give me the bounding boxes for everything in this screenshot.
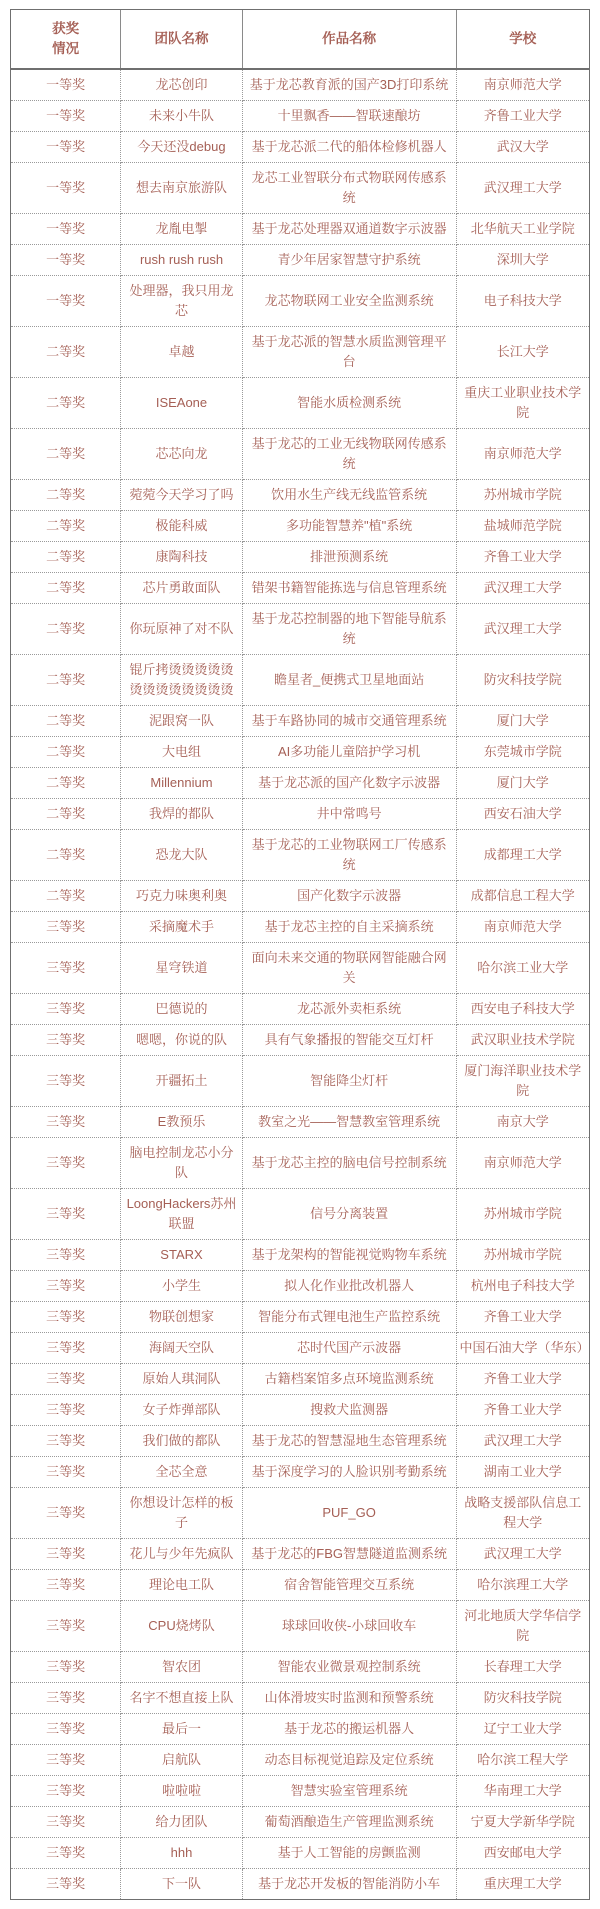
team-cell: 花儿与少年先疯队 xyxy=(121,1539,242,1570)
table-row: 三等奖STARX基于龙架构的智能视觉购物车系统苏州城市学院 xyxy=(11,1240,589,1271)
award-cell: 三等奖 xyxy=(11,1683,121,1714)
work-cell: 宿舍智能管理交互系统 xyxy=(242,1570,456,1601)
school-cell: 厦门大学 xyxy=(456,768,589,799)
school-cell: 电子科技大学 xyxy=(456,276,589,327)
award-cell: 二等奖 xyxy=(11,511,121,542)
award-cell: 二等奖 xyxy=(11,799,121,830)
work-cell: 古籍档案馆多点环境监测系统 xyxy=(242,1364,456,1395)
work-cell: 球球回收侠-小球回收车 xyxy=(242,1601,456,1652)
school-cell: 中国石油大学（华东） xyxy=(456,1333,589,1364)
school-cell: 齐鲁工业大学 xyxy=(456,542,589,573)
table-row: 三等奖CPU烧烤队球球回收侠-小球回收车河北地质大学华信学院 xyxy=(11,1601,589,1652)
award-cell: 二等奖 xyxy=(11,573,121,604)
school-cell: 齐鲁工业大学 xyxy=(456,101,589,132)
school-cell: 辽宁工业大学 xyxy=(456,1714,589,1745)
awards-table-frame: 获奖 情况 团队名称 作品名称 学校 一等奖龙芯创印基于龙芯教育派的国产3D打印… xyxy=(10,9,590,1900)
table-body: 一等奖龙芯创印基于龙芯教育派的国产3D打印系统南京师范大学一等奖未来小牛队十里飘… xyxy=(11,69,589,1899)
table-row: 三等奖智农团智能农业微景观控制系统长春理工大学 xyxy=(11,1652,589,1683)
table-row: 三等奖脑电控制龙芯小分队基于龙芯主控的脑电信号控制系统南京师范大学 xyxy=(11,1138,589,1189)
team-cell: 给力团队 xyxy=(121,1807,242,1838)
team-cell: 嗯嗯，你说的队 xyxy=(121,1025,242,1056)
team-cell: 你玩原神了对不队 xyxy=(121,604,242,655)
team-cell: 芯芯向龙 xyxy=(121,429,242,480)
team-cell: rush rush rush xyxy=(121,245,242,276)
work-cell: 搜救犬监测器 xyxy=(242,1395,456,1426)
award-cell: 三等奖 xyxy=(11,1395,121,1426)
team-cell: STARX xyxy=(121,1240,242,1271)
team-cell: 恐龙大队 xyxy=(121,830,242,881)
award-cell: 二等奖 xyxy=(11,378,121,429)
table-row: 一等奖龙芯创印基于龙芯教育派的国产3D打印系统南京师范大学 xyxy=(11,69,589,101)
award-cell: 三等奖 xyxy=(11,1601,121,1652)
table-row: 三等奖名字不想直接上队山体滑坡实时监测和预警系统防灾科技学院 xyxy=(11,1683,589,1714)
team-cell: 菀菀今天学习了吗 xyxy=(121,480,242,511)
table-row: 一等奖rush rush rush青少年居家智慧守护系统深圳大学 xyxy=(11,245,589,276)
work-cell: 基于龙芯的工业物联网工厂传感系统 xyxy=(242,830,456,881)
team-cell: 名字不想直接上队 xyxy=(121,1683,242,1714)
table-row: 二等奖极能科威多功能智慧养"植"系统盐城师范学院 xyxy=(11,511,589,542)
table-row: 二等奖菀菀今天学习了吗饮用水生产线无线监管系统苏州城市学院 xyxy=(11,480,589,511)
table-row: 三等奖物联创想家智能分布式锂电池生产监控系统齐鲁工业大学 xyxy=(11,1302,589,1333)
header-row: 获奖 情况 团队名称 作品名称 学校 xyxy=(11,10,589,69)
table-row: 二等奖泥跟窝一队基于车路协同的城市交通管理系统厦门大学 xyxy=(11,706,589,737)
award-cell: 三等奖 xyxy=(11,1807,121,1838)
table-row: 三等奖hhh基于人工智能的房颤监测西安邮电大学 xyxy=(11,1838,589,1869)
school-cell: 成都理工大学 xyxy=(456,830,589,881)
header-team-name: 团队名称 xyxy=(121,10,242,69)
work-cell: 基于龙芯主控的脑电信号控制系统 xyxy=(242,1138,456,1189)
team-cell: CPU烧烤队 xyxy=(121,1601,242,1652)
team-cell: Millennium xyxy=(121,768,242,799)
award-cell: 二等奖 xyxy=(11,327,121,378)
school-cell: 重庆理工大学 xyxy=(456,1869,589,1900)
table-row: 一等奖龙胤电掣基于龙芯处理器双通道数字示波器北华航天工业学院 xyxy=(11,214,589,245)
table-row: 三等奖啦啦啦智慧实验室管理系统华南理工大学 xyxy=(11,1776,589,1807)
team-cell: hhh xyxy=(121,1838,242,1869)
table-row: 三等奖嗯嗯，你说的队具有气象播报的智能交互灯杆武汉职业技术学院 xyxy=(11,1025,589,1056)
award-cell: 一等奖 xyxy=(11,163,121,214)
table-row: 二等奖大电组AI多功能儿童陪护学习机东莞城市学院 xyxy=(11,737,589,768)
award-cell: 二等奖 xyxy=(11,480,121,511)
award-cell: 二等奖 xyxy=(11,655,121,706)
school-cell: 武汉理工大学 xyxy=(456,1539,589,1570)
work-cell: 动态目标视觉追踪及定位系统 xyxy=(242,1745,456,1776)
award-cell: 三等奖 xyxy=(11,1025,121,1056)
award-cell: 二等奖 xyxy=(11,604,121,655)
work-cell: PUF_GO xyxy=(242,1488,456,1539)
team-cell: 开疆拓土 xyxy=(121,1056,242,1107)
work-cell: 青少年居家智慧守护系统 xyxy=(242,245,456,276)
team-cell: 龙芯创印 xyxy=(121,69,242,101)
award-cell: 三等奖 xyxy=(11,1271,121,1302)
table-row: 一等奖未来小牛队十里飘香——智联速酿坊齐鲁工业大学 xyxy=(11,101,589,132)
team-cell: 智农团 xyxy=(121,1652,242,1683)
page: 获奖 情况 团队名称 作品名称 学校 一等奖龙芯创印基于龙芯教育派的国产3D打印… xyxy=(0,0,600,1909)
award-cell: 三等奖 xyxy=(11,1364,121,1395)
table-row: 三等奖开疆拓土智能降尘灯杆厦门海洋职业技术学院 xyxy=(11,1056,589,1107)
award-cell: 二等奖 xyxy=(11,542,121,573)
award-cell: 二等奖 xyxy=(11,706,121,737)
table-row: 三等奖女子炸弹部队搜救犬监测器齐鲁工业大学 xyxy=(11,1395,589,1426)
award-cell: 三等奖 xyxy=(11,1488,121,1539)
school-cell: 哈尔滨工业大学 xyxy=(456,943,589,994)
school-cell: 齐鲁工业大学 xyxy=(456,1364,589,1395)
award-cell: 三等奖 xyxy=(11,912,121,943)
work-cell: 井中常鸣号 xyxy=(242,799,456,830)
school-cell: 盐城师范学院 xyxy=(456,511,589,542)
work-cell: 饮用水生产线无线监管系统 xyxy=(242,480,456,511)
table-row: 二等奖巧克力味奥利奥国产化数字示波器成都信息工程大学 xyxy=(11,881,589,912)
team-cell: ISEAone xyxy=(121,378,242,429)
school-cell: 杭州电子科技大学 xyxy=(456,1271,589,1302)
work-cell: 信号分离装置 xyxy=(242,1189,456,1240)
school-cell: 武汉理工大学 xyxy=(456,1426,589,1457)
award-cell: 二等奖 xyxy=(11,737,121,768)
school-cell: 重庆工业职业技术学院 xyxy=(456,378,589,429)
award-cell: 三等奖 xyxy=(11,1869,121,1900)
school-cell: 防灾科技学院 xyxy=(456,1683,589,1714)
team-cell: 处理器，我只用龙芯 xyxy=(121,276,242,327)
school-cell: 苏州城市学院 xyxy=(456,1240,589,1271)
work-cell: 基于龙芯的搬运机器人 xyxy=(242,1714,456,1745)
team-cell: 下一队 xyxy=(121,1869,242,1900)
work-cell: 智能降尘灯杆 xyxy=(242,1056,456,1107)
table-row: 一等奖处理器，我只用龙芯龙芯物联网工业安全监测系统电子科技大学 xyxy=(11,276,589,327)
school-cell: 苏州城市学院 xyxy=(456,480,589,511)
work-cell: 龙芯派外卖柜系统 xyxy=(242,994,456,1025)
team-cell: 极能科威 xyxy=(121,511,242,542)
table-row: 二等奖你玩原神了对不队基于龙芯控制器的地下智能导航系统武汉理工大学 xyxy=(11,604,589,655)
school-cell: 湖南工业大学 xyxy=(456,1457,589,1488)
team-cell: 启航队 xyxy=(121,1745,242,1776)
team-cell: 我们做的都队 xyxy=(121,1426,242,1457)
award-cell: 三等奖 xyxy=(11,1714,121,1745)
award-cell: 三等奖 xyxy=(11,1107,121,1138)
work-cell: 基于车路协同的城市交通管理系统 xyxy=(242,706,456,737)
table-row: 二等奖恐龙大队基于龙芯的工业物联网工厂传感系统成都理工大学 xyxy=(11,830,589,881)
school-cell: 厦门海洋职业技术学院 xyxy=(456,1056,589,1107)
team-cell: 脑电控制龙芯小分队 xyxy=(121,1138,242,1189)
work-cell: 基于龙芯的FBG智慧隧道监测系统 xyxy=(242,1539,456,1570)
work-cell: 基于人工智能的房颤监测 xyxy=(242,1838,456,1869)
school-cell: 齐鲁工业大学 xyxy=(456,1302,589,1333)
award-cell: 三等奖 xyxy=(11,1302,121,1333)
table-header: 获奖 情况 团队名称 作品名称 学校 xyxy=(11,10,589,69)
team-cell: 巧克力味奥利奥 xyxy=(121,881,242,912)
school-cell: 武汉理工大学 xyxy=(456,163,589,214)
work-cell: 山体滑坡实时监测和预警系统 xyxy=(242,1683,456,1714)
school-cell: 武汉大学 xyxy=(456,132,589,163)
award-cell: 二等奖 xyxy=(11,429,121,480)
work-cell: 智能分布式锂电池生产监控系统 xyxy=(242,1302,456,1333)
awards-table: 获奖 情况 团队名称 作品名称 学校 一等奖龙芯创印基于龙芯教育派的国产3D打印… xyxy=(11,10,589,1899)
award-cell: 三等奖 xyxy=(11,1539,121,1570)
team-cell: 巴德说的 xyxy=(121,994,242,1025)
team-cell: E教预乐 xyxy=(121,1107,242,1138)
work-cell: 基于龙芯派二代的船体检修机器人 xyxy=(242,132,456,163)
team-cell: 啦啦啦 xyxy=(121,1776,242,1807)
school-cell: 齐鲁工业大学 xyxy=(456,1395,589,1426)
school-cell: 南京师范大学 xyxy=(456,912,589,943)
table-row: 三等奖E教预乐教室之光——智慧教室管理系统南京大学 xyxy=(11,1107,589,1138)
table-row: 三等奖LoongHackers苏州联盟信号分离装置苏州城市学院 xyxy=(11,1189,589,1240)
work-cell: 龙芯物联网工业安全监测系统 xyxy=(242,276,456,327)
table-row: 二等奖卓越基于龙芯派的智慧水质监测管理平台长江大学 xyxy=(11,327,589,378)
award-cell: 三等奖 xyxy=(11,1426,121,1457)
table-row: 二等奖我焊的都队井中常鸣号西安石油大学 xyxy=(11,799,589,830)
team-cell: 今天还没debug xyxy=(121,132,242,163)
work-cell: 智能农业微景观控制系统 xyxy=(242,1652,456,1683)
team-cell: 原始人琪洞队 xyxy=(121,1364,242,1395)
header-award-status: 获奖 情况 xyxy=(11,10,121,69)
award-cell: 二等奖 xyxy=(11,768,121,799)
team-cell: 卓越 xyxy=(121,327,242,378)
table-row: 二等奖芯芯向龙基于龙芯的工业无线物联网传感系统南京师范大学 xyxy=(11,429,589,480)
work-cell: 基于龙芯开发板的智能消防小车 xyxy=(242,1869,456,1900)
team-cell: 海阔天空队 xyxy=(121,1333,242,1364)
award-cell: 三等奖 xyxy=(11,1138,121,1189)
school-cell: 哈尔滨理工大学 xyxy=(456,1570,589,1601)
award-cell: 一等奖 xyxy=(11,214,121,245)
award-cell: 三等奖 xyxy=(11,1776,121,1807)
award-cell: 三等奖 xyxy=(11,994,121,1025)
school-cell: 战略支援部队信息工程大学 xyxy=(456,1488,589,1539)
table-row: 三等奖下一队基于龙芯开发板的智能消防小车重庆理工大学 xyxy=(11,1869,589,1900)
school-cell: 宁夏大学新华学院 xyxy=(456,1807,589,1838)
table-row: 三等奖给力团队葡萄酒酿造生产管理监测系统宁夏大学新华学院 xyxy=(11,1807,589,1838)
work-cell: 排泄预测系统 xyxy=(242,542,456,573)
work-cell: 基于龙芯处理器双通道数字示波器 xyxy=(242,214,456,245)
school-cell: 长春理工大学 xyxy=(456,1652,589,1683)
team-cell: 芯片勇敢面队 xyxy=(121,573,242,604)
table-row: 三等奖你想设计怎样的板子PUF_GO战略支援部队信息工程大学 xyxy=(11,1488,589,1539)
work-cell: 基于深度学习的人脸识别考勤系统 xyxy=(242,1457,456,1488)
school-cell: 河北地质大学华信学院 xyxy=(456,1601,589,1652)
table-row: 二等奖ISEAone智能水质检测系统重庆工业职业技术学院 xyxy=(11,378,589,429)
table-row: 三等奖我们做的都队基于龙芯的智慧湿地生态管理系统武汉理工大学 xyxy=(11,1426,589,1457)
work-cell: 十里飘香——智联速酿坊 xyxy=(242,101,456,132)
table-row: 三等奖花儿与少年先疯队基于龙芯的FBG智慧隧道监测系统武汉理工大学 xyxy=(11,1539,589,1570)
school-cell: 西安电子科技大学 xyxy=(456,994,589,1025)
award-cell: 二等奖 xyxy=(11,830,121,881)
team-cell: 全芯全意 xyxy=(121,1457,242,1488)
school-cell: 武汉职业技术学院 xyxy=(456,1025,589,1056)
table-row: 二等奖康陶科技排泄预测系统齐鲁工业大学 xyxy=(11,542,589,573)
table-row: 一等奖想去南京旅游队龙芯工业智联分布式物联网传感系统武汉理工大学 xyxy=(11,163,589,214)
table-row: 二等奖Millennium基于龙芯派的国产化数字示波器厦门大学 xyxy=(11,768,589,799)
work-cell: 基于龙架构的智能视觉购物车系统 xyxy=(242,1240,456,1271)
work-cell: 面向未来交通的物联网智能融合网关 xyxy=(242,943,456,994)
award-cell: 一等奖 xyxy=(11,132,121,163)
school-cell: 苏州城市学院 xyxy=(456,1189,589,1240)
work-cell: 龙芯工业智联分布式物联网传感系统 xyxy=(242,163,456,214)
work-cell: 芯时代国产示波器 xyxy=(242,1333,456,1364)
team-cell: 女子炸弹部队 xyxy=(121,1395,242,1426)
school-cell: 长江大学 xyxy=(456,327,589,378)
school-cell: 武汉理工大学 xyxy=(456,573,589,604)
team-cell: 锟斤拷烫烫烫烫烫烫烫烫烫烫烫烫烫 xyxy=(121,655,242,706)
table-row: 二等奖芯片勇敢面队错架书籍智能拣选与信息管理系统武汉理工大学 xyxy=(11,573,589,604)
work-cell: 基于龙芯主控的自主采摘系统 xyxy=(242,912,456,943)
table-row: 三等奖全芯全意基于深度学习的人脸识别考勤系统湖南工业大学 xyxy=(11,1457,589,1488)
school-cell: 北华航天工业学院 xyxy=(456,214,589,245)
award-cell: 三等奖 xyxy=(11,1240,121,1271)
school-cell: 南京师范大学 xyxy=(456,69,589,101)
team-cell: 理论电工队 xyxy=(121,1570,242,1601)
award-cell: 一等奖 xyxy=(11,101,121,132)
team-cell: 最后一 xyxy=(121,1714,242,1745)
school-cell: 东莞城市学院 xyxy=(456,737,589,768)
school-cell: 西安邮电大学 xyxy=(456,1838,589,1869)
school-cell: 厦门大学 xyxy=(456,706,589,737)
school-cell: 哈尔滨工程大学 xyxy=(456,1745,589,1776)
team-cell: 采摘魔术手 xyxy=(121,912,242,943)
team-cell: 星穹铁道 xyxy=(121,943,242,994)
school-cell: 南京大学 xyxy=(456,1107,589,1138)
award-cell: 三等奖 xyxy=(11,1189,121,1240)
work-cell: 基于龙芯的智慧湿地生态管理系统 xyxy=(242,1426,456,1457)
award-cell: 三等奖 xyxy=(11,1457,121,1488)
award-cell: 三等奖 xyxy=(11,1570,121,1601)
award-cell: 三等奖 xyxy=(11,1745,121,1776)
table-row: 三等奖启航队动态目标视觉追踪及定位系统哈尔滨工程大学 xyxy=(11,1745,589,1776)
school-cell: 西安石油大学 xyxy=(456,799,589,830)
work-cell: 基于龙芯的工业无线物联网传感系统 xyxy=(242,429,456,480)
team-cell: 我焊的都队 xyxy=(121,799,242,830)
award-cell: 三等奖 xyxy=(11,1333,121,1364)
school-cell: 南京师范大学 xyxy=(456,429,589,480)
table-row: 三等奖小学生拟人化作业批改机器人杭州电子科技大学 xyxy=(11,1271,589,1302)
team-cell: 龙胤电掣 xyxy=(121,214,242,245)
work-cell: 具有气象播报的智能交互灯杆 xyxy=(242,1025,456,1056)
team-cell: 泥跟窝一队 xyxy=(121,706,242,737)
team-cell: 想去南京旅游队 xyxy=(121,163,242,214)
work-cell: AI多功能儿童陪护学习机 xyxy=(242,737,456,768)
team-cell: 物联创想家 xyxy=(121,1302,242,1333)
table-row: 二等奖锟斤拷烫烫烫烫烫烫烫烫烫烫烫烫烫瞻星者_便携式卫星地面站防灾科技学院 xyxy=(11,655,589,706)
award-cell: 二等奖 xyxy=(11,881,121,912)
work-cell: 基于龙芯教育派的国产3D打印系统 xyxy=(242,69,456,101)
award-cell: 一等奖 xyxy=(11,245,121,276)
work-cell: 拟人化作业批改机器人 xyxy=(242,1271,456,1302)
award-cell: 一等奖 xyxy=(11,69,121,101)
work-cell: 基于龙芯控制器的地下智能导航系统 xyxy=(242,604,456,655)
school-cell: 成都信息工程大学 xyxy=(456,881,589,912)
work-cell: 葡萄酒酿造生产管理监测系统 xyxy=(242,1807,456,1838)
team-cell: 康陶科技 xyxy=(121,542,242,573)
team-cell: 大电组 xyxy=(121,737,242,768)
table-row: 三等奖巴德说的龙芯派外卖柜系统西安电子科技大学 xyxy=(11,994,589,1025)
table-row: 三等奖最后一基于龙芯的搬运机器人辽宁工业大学 xyxy=(11,1714,589,1745)
school-cell: 防灾科技学院 xyxy=(456,655,589,706)
table-row: 三等奖理论电工队宿舍智能管理交互系统哈尔滨理工大学 xyxy=(11,1570,589,1601)
work-cell: 教室之光——智慧教室管理系统 xyxy=(242,1107,456,1138)
work-cell: 多功能智慧养"植"系统 xyxy=(242,511,456,542)
table-row: 一等奖今天还没debug基于龙芯派二代的船体检修机器人武汉大学 xyxy=(11,132,589,163)
school-cell: 深圳大学 xyxy=(456,245,589,276)
award-cell: 三等奖 xyxy=(11,1652,121,1683)
team-cell: 未来小牛队 xyxy=(121,101,242,132)
work-cell: 基于龙芯派的智慧水质监测管理平台 xyxy=(242,327,456,378)
header-school: 学校 xyxy=(456,10,589,69)
work-cell: 国产化数字示波器 xyxy=(242,881,456,912)
award-cell: 三等奖 xyxy=(11,943,121,994)
team-cell: LoongHackers苏州联盟 xyxy=(121,1189,242,1240)
work-cell: 瞻星者_便携式卫星地面站 xyxy=(242,655,456,706)
award-cell: 三等奖 xyxy=(11,1838,121,1869)
work-cell: 智慧实验室管理系统 xyxy=(242,1776,456,1807)
school-cell: 武汉理工大学 xyxy=(456,604,589,655)
work-cell: 错架书籍智能拣选与信息管理系统 xyxy=(242,573,456,604)
award-cell: 三等奖 xyxy=(11,1056,121,1107)
table-row: 三等奖星穹铁道面向未来交通的物联网智能融合网关哈尔滨工业大学 xyxy=(11,943,589,994)
table-row: 三等奖海阔天空队芯时代国产示波器中国石油大学（华东） xyxy=(11,1333,589,1364)
table-row: 三等奖采摘魔术手基于龙芯主控的自主采摘系统南京师范大学 xyxy=(11,912,589,943)
award-cell: 一等奖 xyxy=(11,276,121,327)
work-cell: 智能水质检测系统 xyxy=(242,378,456,429)
table-row: 三等奖原始人琪洞队古籍档案馆多点环境监测系统齐鲁工业大学 xyxy=(11,1364,589,1395)
header-work-name: 作品名称 xyxy=(242,10,456,69)
school-cell: 华南理工大学 xyxy=(456,1776,589,1807)
team-cell: 小学生 xyxy=(121,1271,242,1302)
school-cell: 南京师范大学 xyxy=(456,1138,589,1189)
team-cell: 你想设计怎样的板子 xyxy=(121,1488,242,1539)
work-cell: 基于龙芯派的国产化数字示波器 xyxy=(242,768,456,799)
